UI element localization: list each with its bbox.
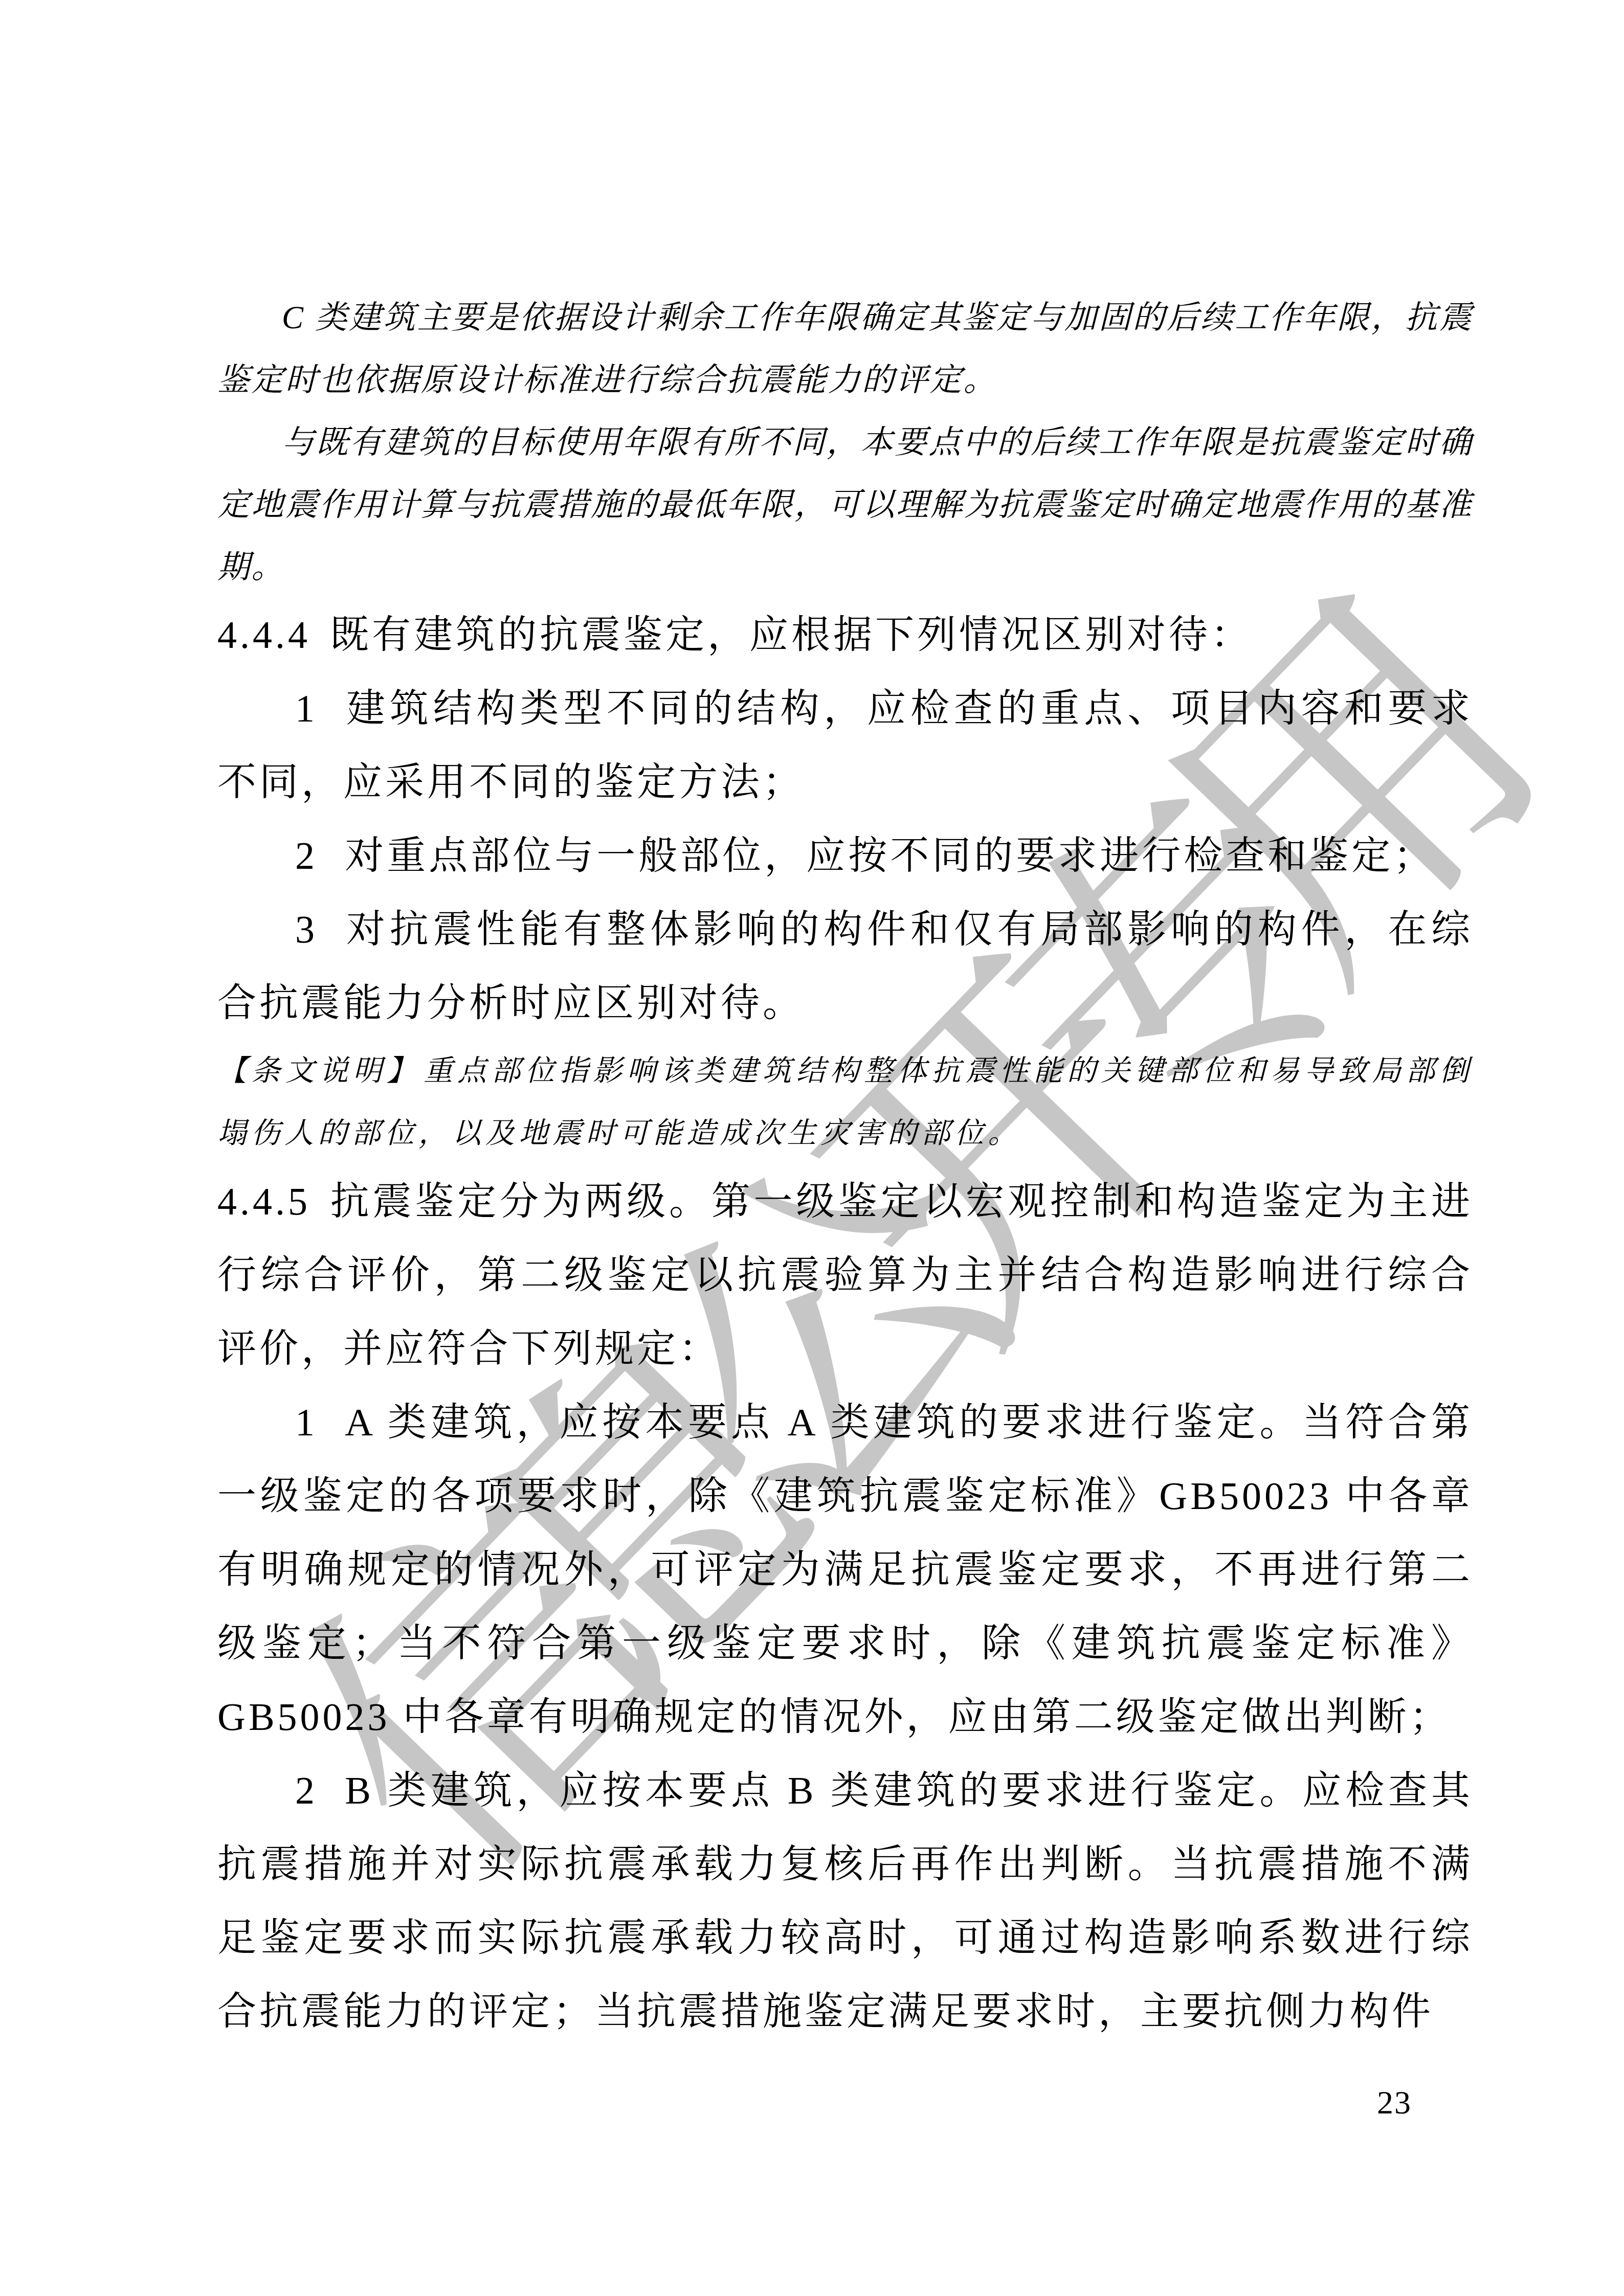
item-a-text: A 类建筑，应按本要点 A 类建筑的要求进行鉴定。当符合第一级鉴定的各项要求时，…: [217, 1401, 1473, 1739]
item-3-text: 对抗震性能有整体影响的构件和仅有局部影响的构件，在综合抗震能力分析时应区别对待。: [217, 908, 1473, 1025]
clause-4-4-4: 4.4.4既有建筑的抗震鉴定，应根据下列情况区别对待：: [217, 598, 1473, 672]
clause-4-4-4-number: 4.4.4: [217, 614, 310, 657]
clause-4-4-4-text: 既有建筑的抗震鉴定，应根据下列情况区别对待：: [330, 614, 1253, 657]
page-content: C 类建筑主要是依据设计剩余工作年限确定其鉴定与加固的后续工作年限，抗震鉴定时也…: [217, 286, 1473, 2049]
item-b-text: B 类建筑，应按本要点 B 类建筑的要求进行鉴定。应检查其抗震措施并对实际抗震承…: [217, 1769, 1473, 2033]
clause-4-4-5-item-2: 2B 类建筑，应按本要点 B 类建筑的要求进行鉴定。应检查其抗震措施并对实际抗震…: [217, 1754, 1473, 2049]
clause-4-4-5-item-1: 1A 类建筑，应按本要点 A 类建筑的要求进行鉴定。当符合第一级鉴定的各项要求时…: [217, 1386, 1473, 1754]
document-page: 信息公开专用 C 类建筑主要是依据设计剩余工作年限确定其鉴定与加固的后续工作年限…: [0, 0, 1624, 2296]
explanatory-note-label: 【条文说明】: [217, 1055, 420, 1087]
commentary-paragraph-service-life: 与既有建筑的目标使用年限有所不同，本要点中的后续工作年限是抗震鉴定时确定地震作用…: [217, 411, 1473, 598]
clause-4-4-4-item-1: 1建筑结构类型不同的结构，应检查的重点、项目内容和要求不同，应采用不同的鉴定方法…: [217, 672, 1473, 819]
item-1-number: 1: [295, 687, 318, 730]
item-3-number: 3: [295, 908, 318, 951]
item-2-text: 对重点部位与一般部位，应按不同的要求进行检查和鉴定；: [345, 835, 1435, 877]
page-number: 23: [1377, 2082, 1412, 2123]
explanatory-note: 【条文说明】重点部位指影响该类建筑结构整体抗震性能的关键部位和易导致局部倒塌伤人…: [217, 1040, 1473, 1165]
item-2-number: 2: [295, 835, 318, 877]
clause-4-4-5-number: 4.4.5: [217, 1180, 310, 1223]
clause-4-4-5: 4.4.5抗震鉴定分为两级。第一级鉴定以宏观控制和构造鉴定为主进行综合评价，第二…: [217, 1165, 1473, 1386]
commentary-paragraph-c-class: C 类建筑主要是依据设计剩余工作年限确定其鉴定与加固的后续工作年限，抗震鉴定时也…: [217, 286, 1473, 411]
clause-4-4-4-item-3: 3对抗震性能有整体影响的构件和仅有局部影响的构件，在综合抗震能力分析时应区别对待…: [217, 893, 1473, 1040]
item-b-number: 2: [295, 1769, 318, 1812]
clause-4-4-5-text: 抗震鉴定分为两级。第一级鉴定以宏观控制和构造鉴定为主进行综合评价，第二级鉴定以抗…: [217, 1180, 1473, 1370]
item-a-number: 1: [295, 1401, 318, 1444]
item-1-text: 建筑结构类型不同的结构，应检查的重点、项目内容和要求不同，应采用不同的鉴定方法；: [217, 687, 1473, 804]
clause-4-4-4-item-2: 2对重点部位与一般部位，应按不同的要求进行检查和鉴定；: [217, 819, 1473, 893]
